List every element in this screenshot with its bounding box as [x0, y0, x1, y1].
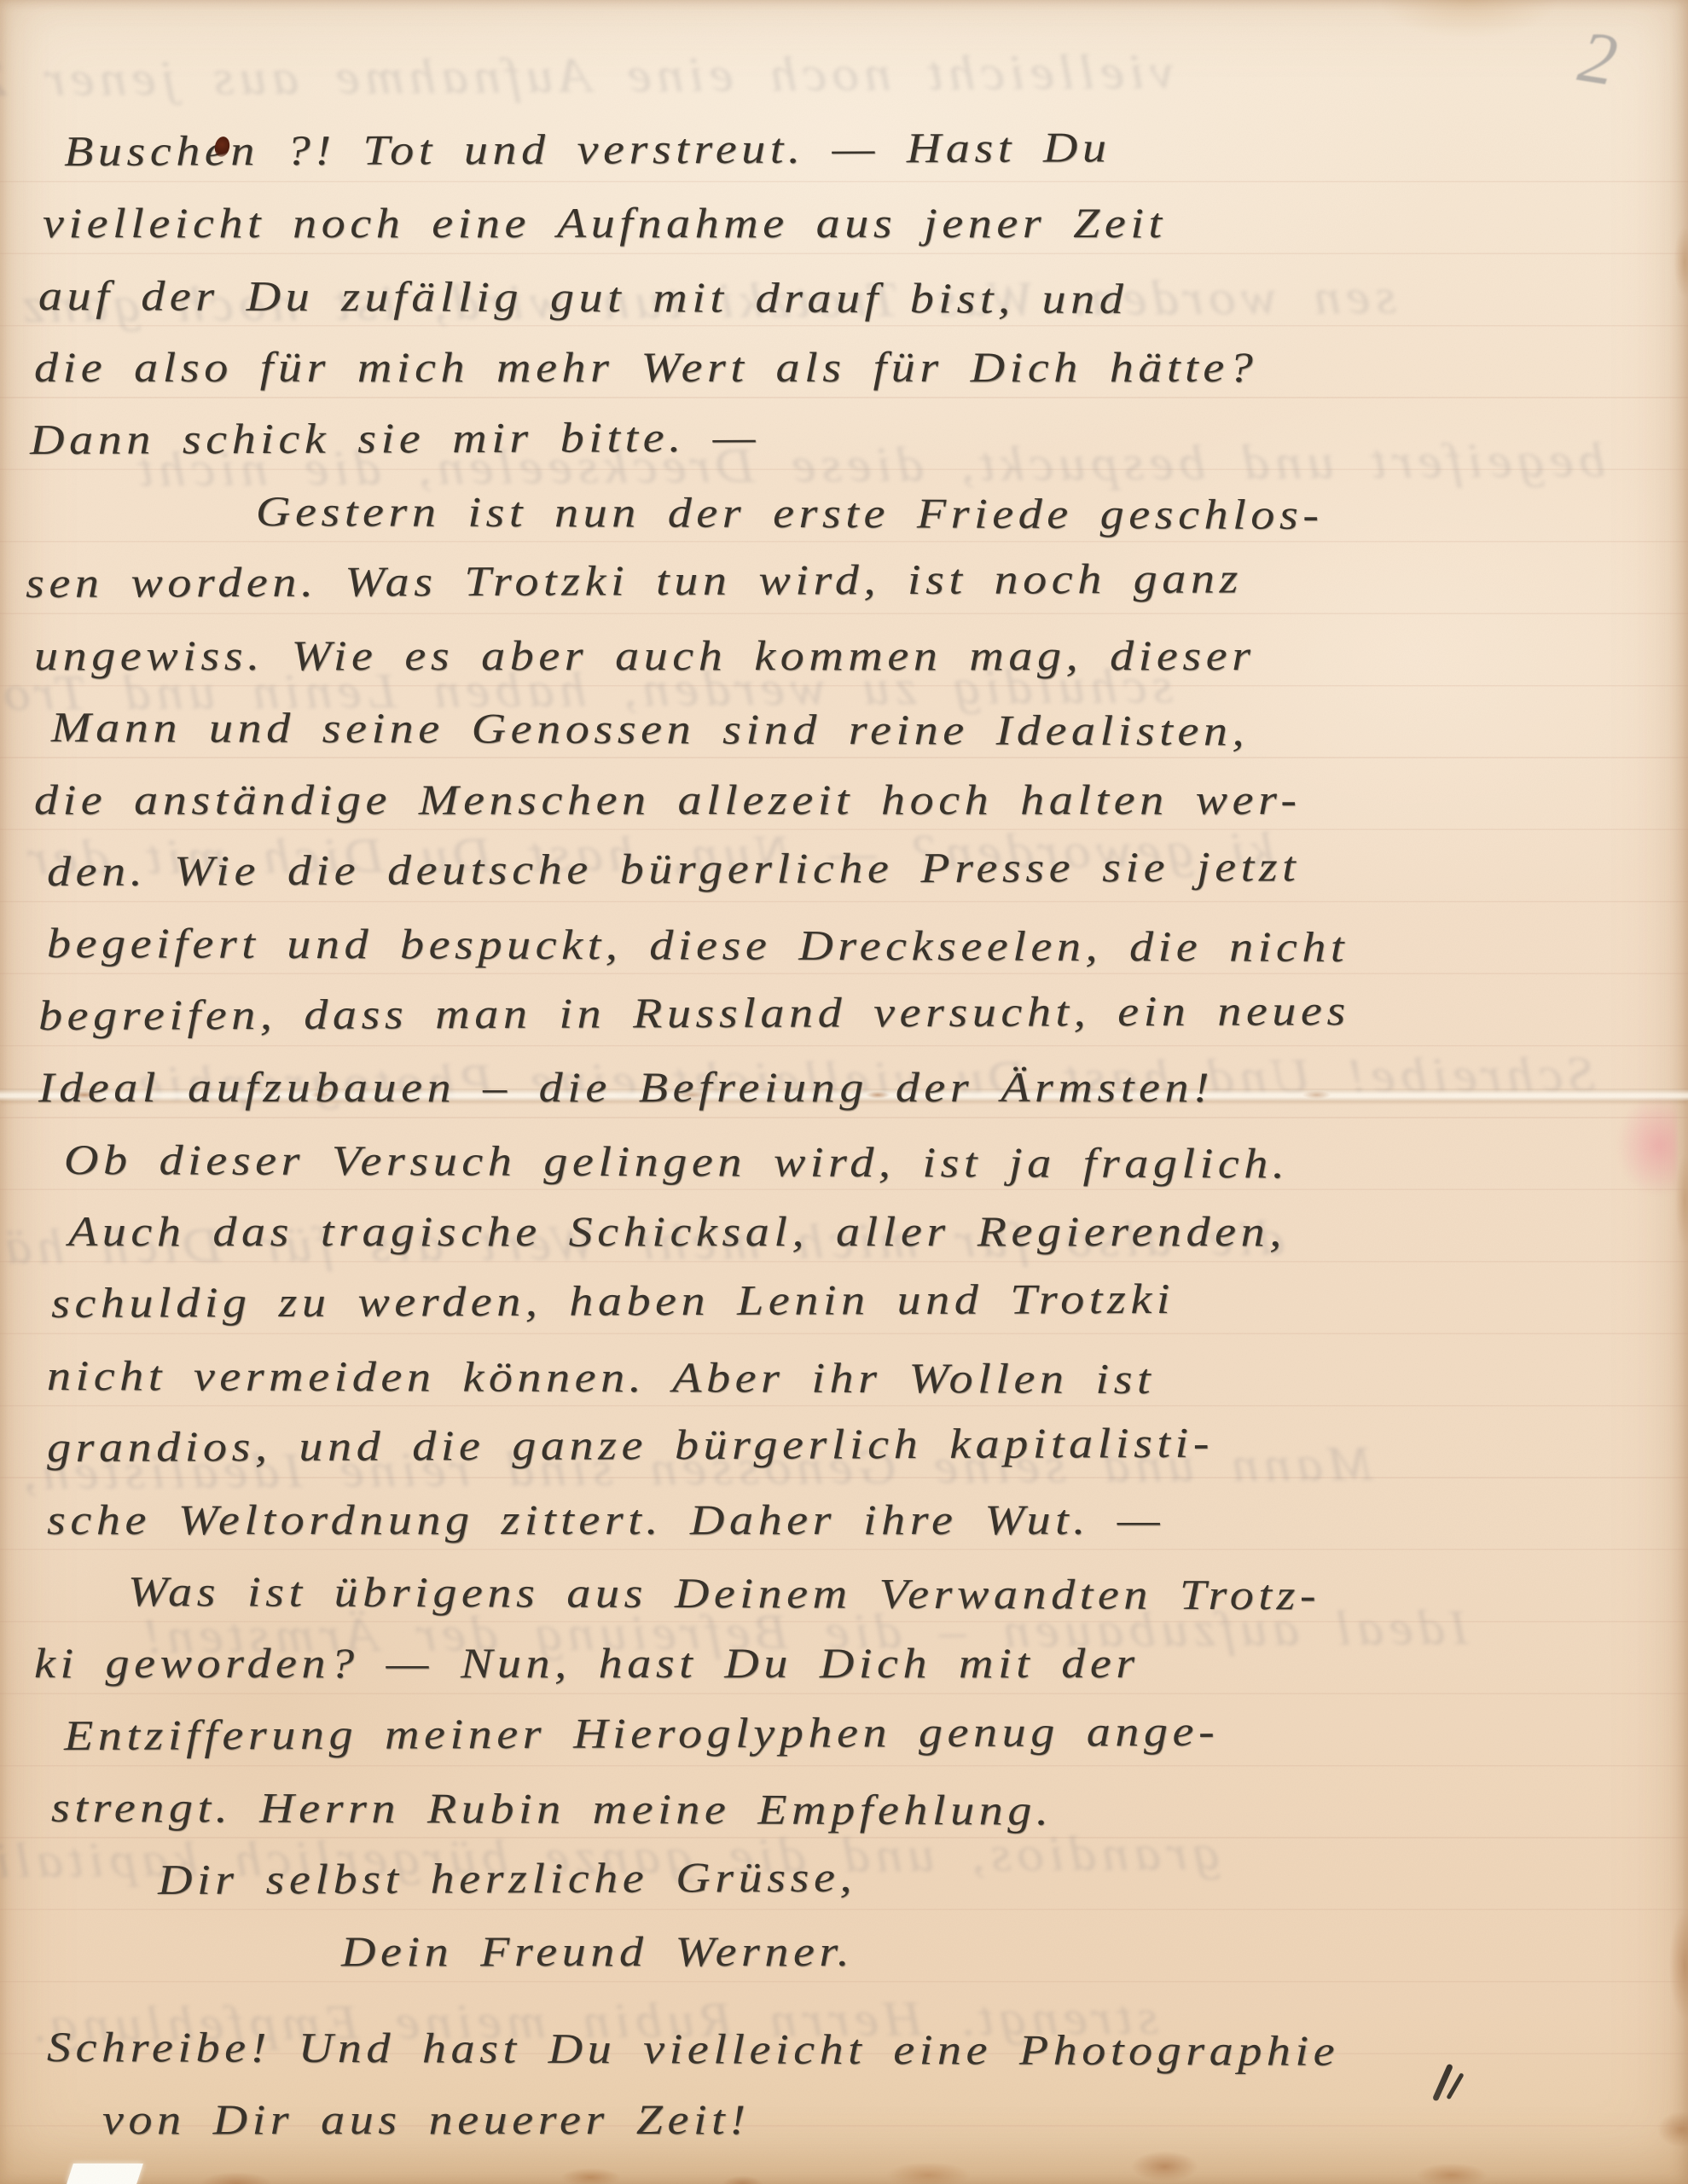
handwriting-line: von Dir aus neuerer Zeit! [102, 2094, 751, 2144]
handwriting-line: Dir selbst herzliche Grüsse, [158, 1851, 856, 1903]
handwriting-line: Entzifferung meiner Hieroglyphen genug a… [64, 1706, 1220, 1760]
handwriting-line: auf der Du zufällig gut mit drauf bist, … [38, 270, 1128, 323]
handwriting-line: Auch das tragische Schicksal, aller Regi… [68, 1206, 1286, 1256]
handwriting-line: ki geworden? — Nun, hast Du Dich mit der [34, 1638, 1140, 1687]
handwriting-line: vielleicht noch eine Aufnahme aus jener … [43, 198, 1167, 247]
handwriting-line: strengt. Herrn Rubin meine Empfehlung. [51, 1782, 1053, 1835]
stray-ink-mark [1432, 2064, 1453, 2102]
handwriting-line: Gestern ist nun der erste Friede geschlo… [256, 486, 1324, 539]
handwriting-line: Schreibe! Und hast Du vielleicht eine Ph… [47, 2022, 1339, 2076]
handwriting-line: die anständige Menschen allezeit hoch ha… [34, 775, 1302, 824]
handwriting-line: grandios, und die ganze bürgerlich kapit… [47, 1418, 1214, 1472]
handwriting-line: Dein Freund Werner. [341, 1926, 854, 1976]
handwriting-line: Ob dieser Versuch gelingen wird, ist ja … [64, 1135, 1290, 1188]
handwriting-line: begeifert und bespuckt, diese Dreckseele… [47, 918, 1349, 972]
handwriting-line: ungewiss. Wie es aber auch kommen mag, d… [34, 630, 1256, 680]
handwriting-line: begreifen, dass man in Russland versucht… [38, 985, 1350, 1040]
page-number-pencil: 2 [1573, 13, 1622, 102]
handwriting-line: den. Wie die deutsche bürgerliche Presse… [47, 841, 1301, 896]
handwriting-line: Was ist übrigens aus Deinem Verwandten T… [128, 1566, 1320, 1619]
handwriting-line: sen worden. Was Trotzki tun wird, ist no… [26, 554, 1243, 608]
handwriting-line: schuldig zu werden, haben Lenin und Trot… [51, 1274, 1175, 1327]
handwriting-line: sche Weltordnung zittert. Daher ihre Wut… [47, 1495, 1164, 1544]
scan-corner-sliver [67, 2164, 143, 2184]
handwriting-line: Ideal aufzubauen – die Befreiung der Ärm… [38, 1062, 1214, 1112]
pink-stain [1617, 1096, 1677, 1194]
bleed-through-line: vielleicht noch eine Aufnahme aus jener … [0, 43, 1174, 108]
letter-page: vielleicht noch eine Aufnahme aus jener … [0, 0, 1688, 2184]
handwriting-line: die also für mich mehr Wert als für Dich… [34, 342, 1257, 392]
handwriting-line: Mann und seine Genossen sind reine Ideal… [51, 702, 1249, 755]
handwriting-line: nicht vermeiden können. Aber ihr Wollen … [47, 1350, 1155, 1403]
handwriting-line: Dann schick sie mir bitte. — [30, 411, 760, 463]
